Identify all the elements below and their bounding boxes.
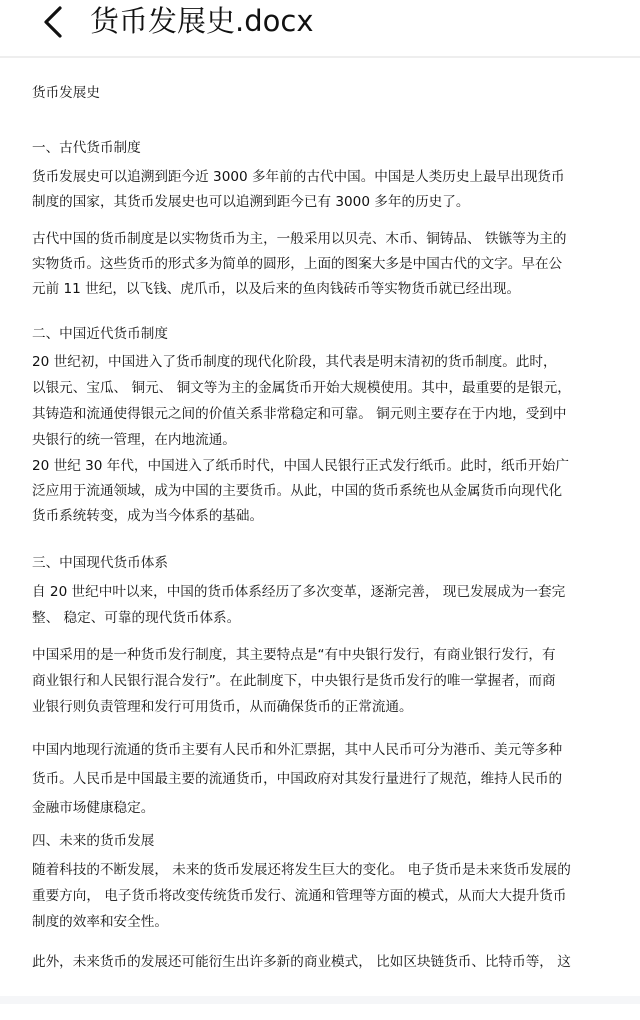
section-heading: 一、古代货币制度 [32,136,141,156]
paragraph: 中国采用的是一种货币发行制度，其主要特点是“有中央银行发行，有商业银行发行，有 … [32,642,612,720]
paragraph: 20 世纪初，中国进入了货币制度的现代化阶段，其代表是明末清初的货币制度。此时，… [32,349,612,453]
section-heading: 二、中国近代货币制度 [32,322,168,342]
top-bar: 货币发展史.docx [0,0,640,58]
paragraph: 中国内地现行流通的货币主要有人民币和外汇票据，其中人民币可分为港币、美元等多种 … [32,736,612,823]
chevron-left-icon [36,4,72,40]
bottom-divider [0,996,640,1004]
file-title: 货币发展史.docx [90,2,313,40]
document-viewer[interactable]: 货币发展史 一、古代货币制度 货币发展史可以追溯到距今近 3000 多年前的古代… [0,58,640,998]
paragraph: 古代中国的货币制度是以实物货币为主，一般采用以贝壳、木币、铜铸品、 铁镞等为主的… [32,227,612,302]
paragraph: 20 世纪 30 年代，中国进入了纸币时代，中国人民银行正式发行纸币。此时，纸币… [32,454,612,529]
paragraph: 随着科技的不断发展， 未来的货币发展还将发生巨大的变化。 电子货币是未来货币发展… [32,857,612,935]
document-title: 货币发展史 [32,81,100,101]
back-button[interactable] [36,4,72,40]
section-heading: 四、未来的货币发展 [32,829,154,849]
paragraph: 货币发展史可以追溯到距今近 3000 多年前的古代中国。中国是人类历史上最早出现… [32,165,612,215]
paragraph: 自 20 世纪中叶以来，中国的货币体系经历了多次变革，逐渐完善， 现已发展成为一… [32,579,612,631]
paragraph: 此外，未来货币的发展还可能衍生出许多新的商业模式， 比如区块链货币、比特币等， … [32,949,612,975]
section-heading: 三、中国现代货币体系 [32,551,168,571]
